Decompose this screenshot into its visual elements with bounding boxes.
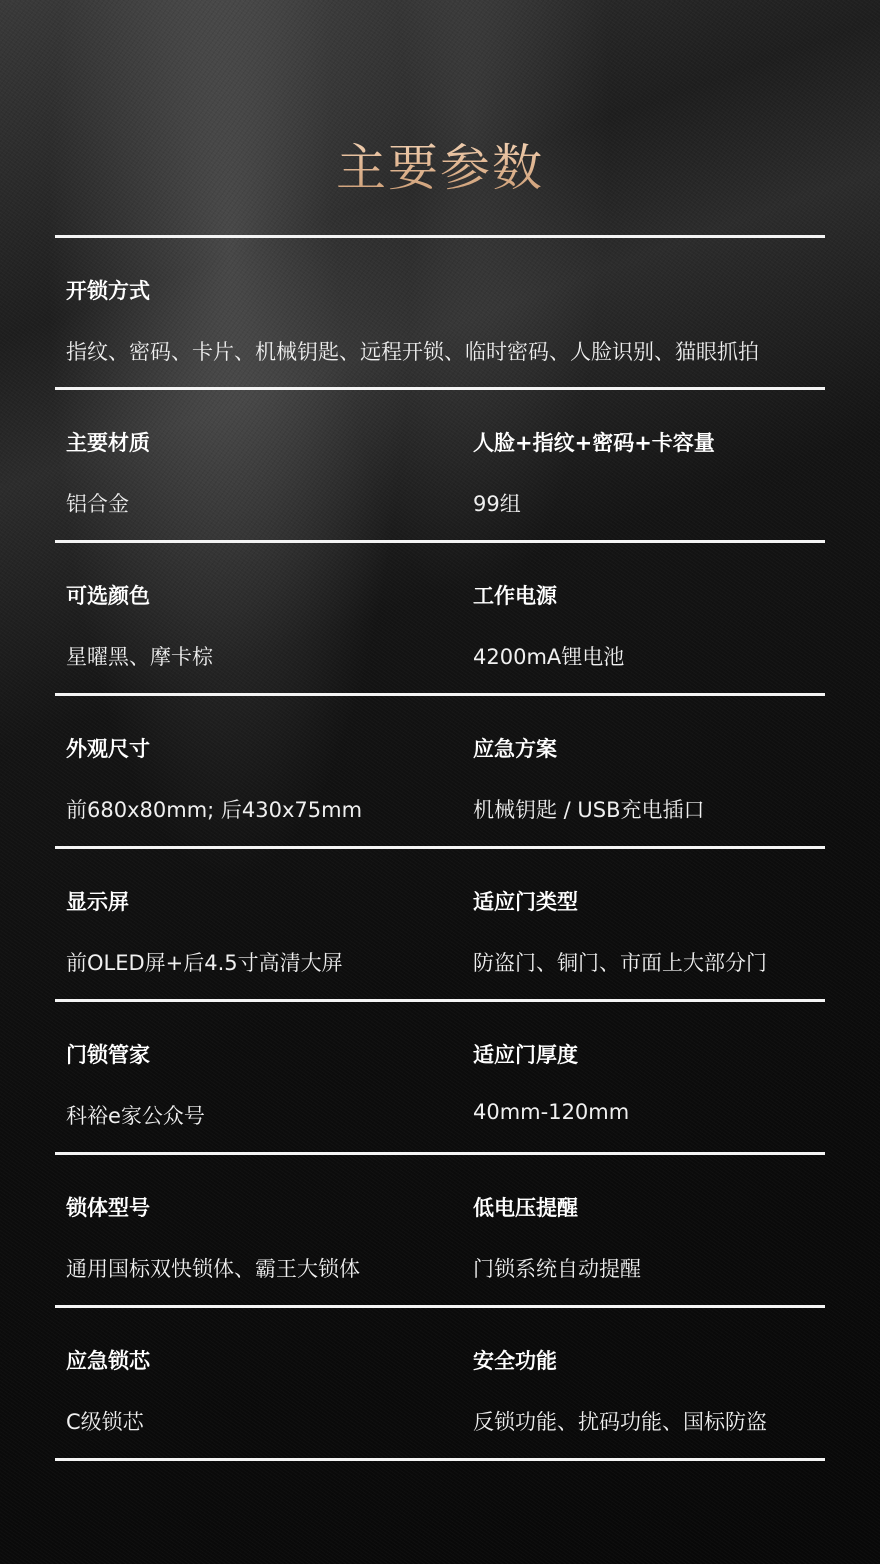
spec-label: 主要材质 (66, 427, 150, 457)
divider (55, 1305, 825, 1308)
spec-low-voltage: 低电压提醒 门锁系统自动提醒 (473, 1192, 641, 1283)
spec-value: 科裕e家公众号 (66, 1100, 205, 1130)
divider (55, 999, 825, 1002)
spec-label: 低电压提醒 (473, 1192, 641, 1222)
divider (55, 235, 825, 238)
spec-value: 机械钥匙 / USB充电插口 (473, 794, 705, 824)
spec-security: 安全功能 反锁功能、扰码功能、国标防盗 (473, 1345, 767, 1436)
spec-lock-body: 锁体型号 通用国标双快锁体、霸王大锁体 (66, 1192, 360, 1283)
spec-emergency-core: 应急锁芯 C级锁芯 (66, 1345, 150, 1436)
spec-value: 门锁系统自动提醒 (473, 1253, 641, 1283)
divider (55, 846, 825, 849)
spec-value: 通用国标双快锁体、霸王大锁体 (66, 1253, 360, 1283)
spec-material: 主要材质 铝合金 (66, 427, 150, 518)
spec-label: 开锁方式 (66, 275, 759, 305)
divider (55, 1458, 825, 1461)
spec-value: 防盗门、铜门、市面上大部分门 (473, 947, 767, 977)
spec-label: 安全功能 (473, 1345, 767, 1375)
spec-value: C级锁芯 (66, 1406, 150, 1436)
spec-label: 工作电源 (473, 580, 624, 610)
spec-value: 前OLED屏+后4.5寸高清大屏 (66, 947, 343, 977)
spec-value: 星曜黑、摩卡棕 (66, 641, 213, 671)
spec-label: 适应门类型 (473, 886, 767, 916)
spec-label: 锁体型号 (66, 1192, 360, 1222)
spec-value: 4200mA锂电池 (473, 641, 624, 671)
spec-label: 应急方案 (473, 733, 705, 763)
spec-capacity: 人脸+指纹+密码+卡容量 99组 (473, 427, 715, 518)
spec-emergency-plan: 应急方案 机械钥匙 / USB充电插口 (473, 733, 705, 824)
spec-label: 门锁管家 (66, 1039, 205, 1069)
spec-power: 工作电源 4200mA锂电池 (473, 580, 624, 671)
spec-label: 人脸+指纹+密码+卡容量 (473, 427, 715, 457)
spec-door-thickness: 适应门厚度 40mm-120mm (473, 1039, 629, 1124)
spec-label: 显示屏 (66, 886, 343, 916)
page-title: 主要参数 (0, 128, 880, 200)
spec-lock-manager: 门锁管家 科裕e家公众号 (66, 1039, 205, 1130)
spec-value: 反锁功能、扰码功能、国标防盗 (473, 1406, 767, 1436)
spec-value: 指纹、密码、卡片、机械钥匙、远程开锁、临时密码、人脸识别、猫眼抓拍 (66, 336, 759, 366)
divider (55, 540, 825, 543)
spec-label: 外观尺寸 (66, 733, 362, 763)
divider (55, 1152, 825, 1155)
spec-label: 可选颜色 (66, 580, 213, 610)
spec-value: 前680x80mm; 后430x75mm (66, 794, 362, 824)
spec-dimensions: 外观尺寸 前680x80mm; 后430x75mm (66, 733, 362, 824)
spec-colors: 可选颜色 星曜黑、摩卡棕 (66, 580, 213, 671)
spec-display: 显示屏 前OLED屏+后4.5寸高清大屏 (66, 886, 343, 977)
spec-value: 40mm-120mm (473, 1100, 629, 1124)
spec-label: 应急锁芯 (66, 1345, 150, 1375)
spec-door-type: 适应门类型 防盗门、铜门、市面上大部分门 (473, 886, 767, 977)
divider (55, 693, 825, 696)
divider (55, 387, 825, 390)
spec-value: 99组 (473, 488, 715, 518)
spec-unlock-methods: 开锁方式 指纹、密码、卡片、机械钥匙、远程开锁、临时密码、人脸识别、猫眼抓拍 (66, 275, 759, 366)
spec-label: 适应门厚度 (473, 1039, 629, 1069)
spec-value: 铝合金 (66, 488, 150, 518)
